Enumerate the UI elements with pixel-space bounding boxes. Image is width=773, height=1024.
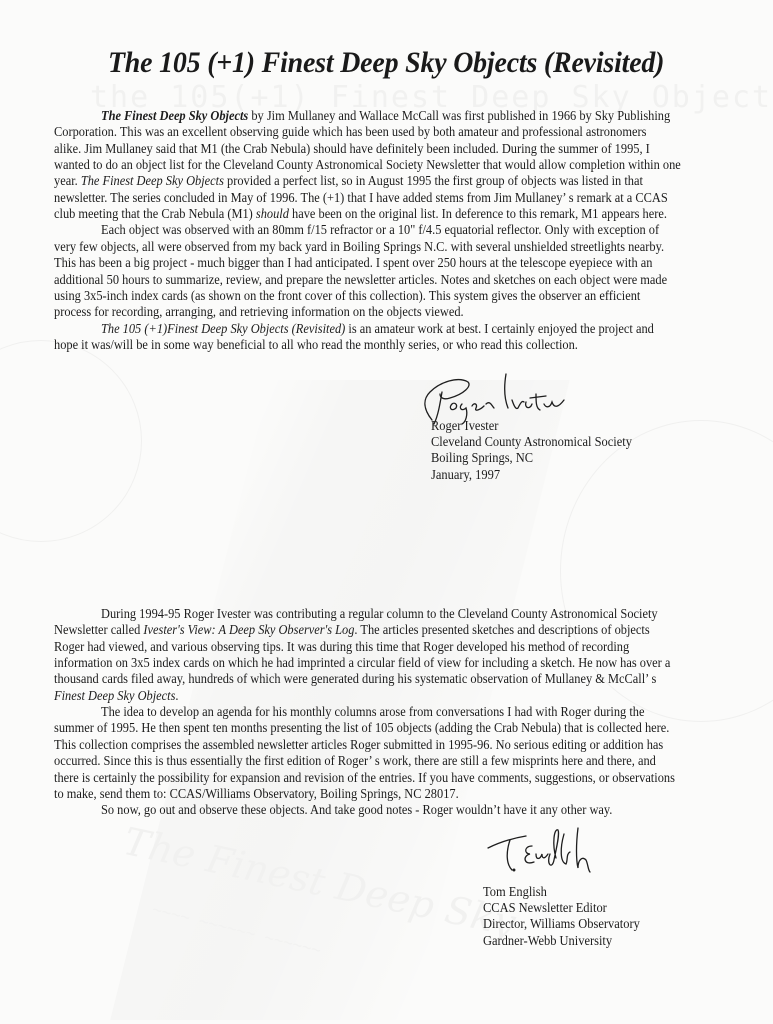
text-line: year. The Finest Deep Sky Objects provid… (54, 173, 643, 189)
page-title: The 105 (+1) Finest Deep Sky Objects (Re… (0, 46, 773, 80)
emphasis-text: should (256, 206, 289, 221)
body-text: hope it was/will be in some way benefici… (54, 337, 578, 352)
text-line: process for recording, arranging, and re… (54, 304, 464, 320)
text-line: summer of 1995. He then spent ten months… (54, 720, 669, 736)
text-line: hope it was/will be in some way benefici… (54, 337, 578, 353)
signer-title: CCAS Newsletter Editor (483, 900, 640, 916)
text-line: So now, go out and observe these objects… (101, 802, 612, 818)
body-text: Roger had viewed, and various observing … (54, 639, 629, 654)
text-line: newsletter. The series concluded in May … (54, 190, 668, 206)
signer-position: Director, Williams Observatory (483, 916, 640, 932)
text-line: Newsletter called Ivester's View: A Deep… (54, 622, 650, 638)
signature-roger-ivester (418, 364, 568, 426)
body-text: The idea to develop an agenda for his mo… (101, 704, 644, 719)
body-text: additional 50 hours to summarize, review… (54, 272, 667, 287)
text-line: to make, send them to: CCAS/Williams Obs… (54, 786, 459, 802)
text-line: This collection comprises the assembled … (54, 737, 663, 753)
text-line: wanted to do an object list for the Clev… (54, 157, 681, 173)
signer-name: Tom English (483, 884, 640, 900)
body-text: using 3x5-inch index cards (as shown on … (54, 288, 640, 303)
bleed-through-arc (0, 340, 142, 542)
body-text: summer of 1995. He then spent ten months… (54, 720, 669, 735)
text-line: information on 3x5 index cards on which … (54, 655, 670, 671)
emphasis-text: The Finest Deep Sky Objects (81, 173, 224, 188)
body-text: club meeting that the Crab Nebula (M1) (54, 206, 256, 221)
body-text: Newsletter called (54, 622, 143, 637)
body-text: there is certainly the possibility for e… (54, 770, 675, 785)
body-text: . (175, 688, 178, 703)
body-text: Each object was observed with an 80mm f/… (101, 222, 659, 237)
text-line: The Finest Deep Sky Objects by Jim Mulla… (101, 108, 670, 124)
signer-name: Roger Ivester (431, 418, 632, 434)
text-line: club meeting that the Crab Nebula (M1) s… (54, 206, 667, 222)
signer-location: Boiling Springs, NC (431, 450, 632, 466)
body-text: information on 3x5 index cards on which … (54, 655, 670, 670)
text-line: thousand cards filed away, hundreds of w… (54, 671, 656, 687)
body-text: very few objects, all were observed from… (54, 239, 664, 254)
book-title: The Finest Deep Sky Objects (101, 108, 248, 123)
signer-organization: Gardner-Webb University (483, 933, 640, 949)
body-text: year. (54, 173, 81, 188)
body-text: provided a perfect list, so in August 19… (224, 173, 643, 188)
text-line: very few objects, all were observed from… (54, 239, 664, 255)
body-text: have been on the original list. In defer… (289, 206, 667, 221)
body-text: During 1994-95 Roger Ivester was contrib… (101, 606, 658, 621)
signature-tom-english (480, 824, 600, 880)
body-text: process for recording, arranging, and re… (54, 304, 464, 319)
text-line: The 105 (+1)Finest Deep Sky Objects (Rev… (101, 321, 654, 337)
body-text: is an amateur work at best. I certainly … (345, 321, 654, 336)
text-line: This has been a big project - much bigge… (54, 255, 652, 271)
text-line: Roger had viewed, and various observing … (54, 639, 629, 655)
body-text: This collection comprises the assembled … (54, 737, 663, 752)
signature-block-tom-english: Tom English CCAS Newsletter Editor Direc… (483, 884, 652, 949)
emphasis-text: The 105 (+1)Finest Deep Sky Objects (Rev… (101, 321, 345, 336)
body-text: So now, go out and observe these objects… (101, 802, 612, 817)
text-line: there is certainly the possibility for e… (54, 770, 675, 786)
body-text: by Jim Mullaney and Wallace McCall was f… (248, 108, 670, 123)
text-line: The idea to develop an agenda for his mo… (101, 704, 644, 720)
text-line: additional 50 hours to summarize, review… (54, 272, 667, 288)
signature-date: January, 1997 (431, 467, 632, 483)
body-text: Corporation. This was an excellent obser… (54, 124, 646, 139)
text-line: Each object was observed with an 80mm f/… (101, 222, 659, 238)
text-line: Corporation. This was an excellent obser… (54, 124, 646, 140)
body-text: thousand cards filed away, hundreds of w… (54, 671, 656, 686)
emphasis-text: Ivester's View: A Deep Sky Observer's Lo… (143, 622, 354, 637)
body-text: occurred. Since this is thus essentially… (54, 753, 656, 768)
text-line: During 1994-95 Roger Ivester was contrib… (101, 606, 658, 622)
signer-organization: Cleveland County Astronomical Society (431, 434, 632, 450)
body-text: wanted to do an object list for the Clev… (54, 157, 681, 172)
body-text: to make, send them to: CCAS/Williams Obs… (54, 786, 459, 801)
emphasis-text: Finest Deep Sky Objects (54, 688, 175, 703)
body-text: This has been a big project - much bigge… (54, 255, 652, 270)
text-line: Finest Deep Sky Objects. (54, 688, 179, 704)
text-line: occurred. Since this is thus essentially… (54, 753, 656, 769)
signature-block-roger-ivester: Roger Ivester Cleveland County Astronomi… (431, 418, 647, 483)
body-text: newsletter. The series concluded in May … (54, 190, 668, 205)
body-text: alike. Jim Mullaney said that M1 (the Cr… (54, 141, 650, 156)
text-line: alike. Jim Mullaney said that M1 (the Cr… (54, 141, 650, 157)
bold-italic-text: The Finest Deep Sky Objects (101, 108, 248, 123)
text-line: using 3x5-inch index cards (as shown on … (54, 288, 640, 304)
scanned-document-page: the 105(+1) Finest Deep Sky Objects The … (0, 0, 773, 1024)
body-text: . The articles presented sketches and de… (354, 622, 649, 637)
